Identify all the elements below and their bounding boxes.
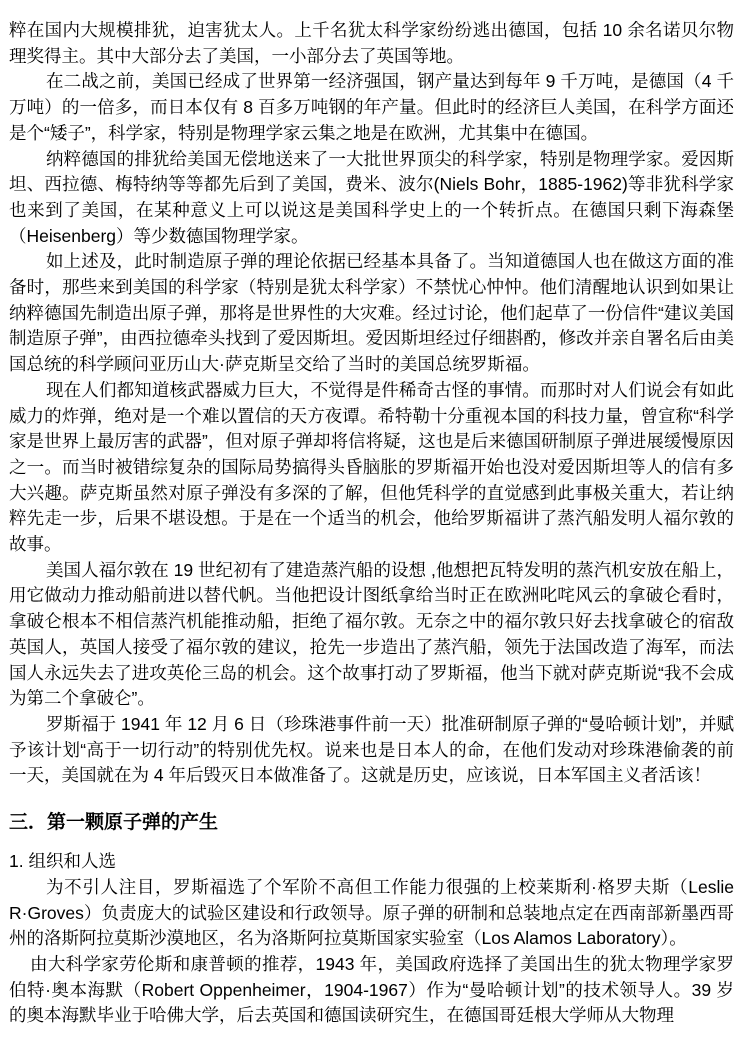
paragraph: 粹在国内大规模排犹，迫害犹太人。上千名犹太科学家纷纷逃出德国，包括 10 余名诺… bbox=[9, 18, 734, 69]
section-heading: 三．第一颗原子弹的产生 bbox=[9, 810, 734, 836]
paragraph: 现在人们都知道核武器威力巨大，不觉得是件稀奇古怪的事情。而那时对人们说会有如此威… bbox=[9, 378, 734, 558]
subsection-heading: 1. 组织和人选 bbox=[9, 849, 734, 875]
paragraph: 为不引人注目，罗斯福选了个军阶不高但工作能力很强的上校莱斯利·格罗夫斯（Lesl… bbox=[9, 875, 734, 952]
document-page: 粹在国内大规模排犹，迫害犹太人。上千名犹太科学家纷纷逃出德国，包括 10 余名诺… bbox=[0, 0, 745, 1053]
paragraph: 纳粹德国的排犹给美国无偿地送来了一大批世界顶尖的科学家，特别是物理学家。爱因斯坦… bbox=[9, 147, 734, 250]
paragraph: 如上述及，此时制造原子弹的理论依据已经基本具备了。当知道德国人也在做这方面的准备… bbox=[9, 249, 734, 378]
paragraph: 罗斯福于 1941 年 12 月 6 日（珍珠港事件前一天）批准研制原子弹的“曼… bbox=[9, 712, 734, 789]
paragraph: 美国人福尔敦在 19 世纪初有了建造蒸汽船的设想 ,他想把瓦特发明的蒸汽机安放在… bbox=[9, 558, 734, 712]
document-body: 粹在国内大规模排犹，迫害犹太人。上千名犹太科学家纷纷逃出德国，包括 10 余名诺… bbox=[9, 18, 734, 1029]
paragraph: 由大科学家劳伦斯和康普顿的推荐，1943 年，美国政府选择了美国出生的犹太物理学… bbox=[9, 952, 734, 1029]
paragraph: 在二战之前，美国已经成了世界第一经济强国，钢产量达到每年 9 千万吨，是德国（4… bbox=[9, 69, 734, 146]
